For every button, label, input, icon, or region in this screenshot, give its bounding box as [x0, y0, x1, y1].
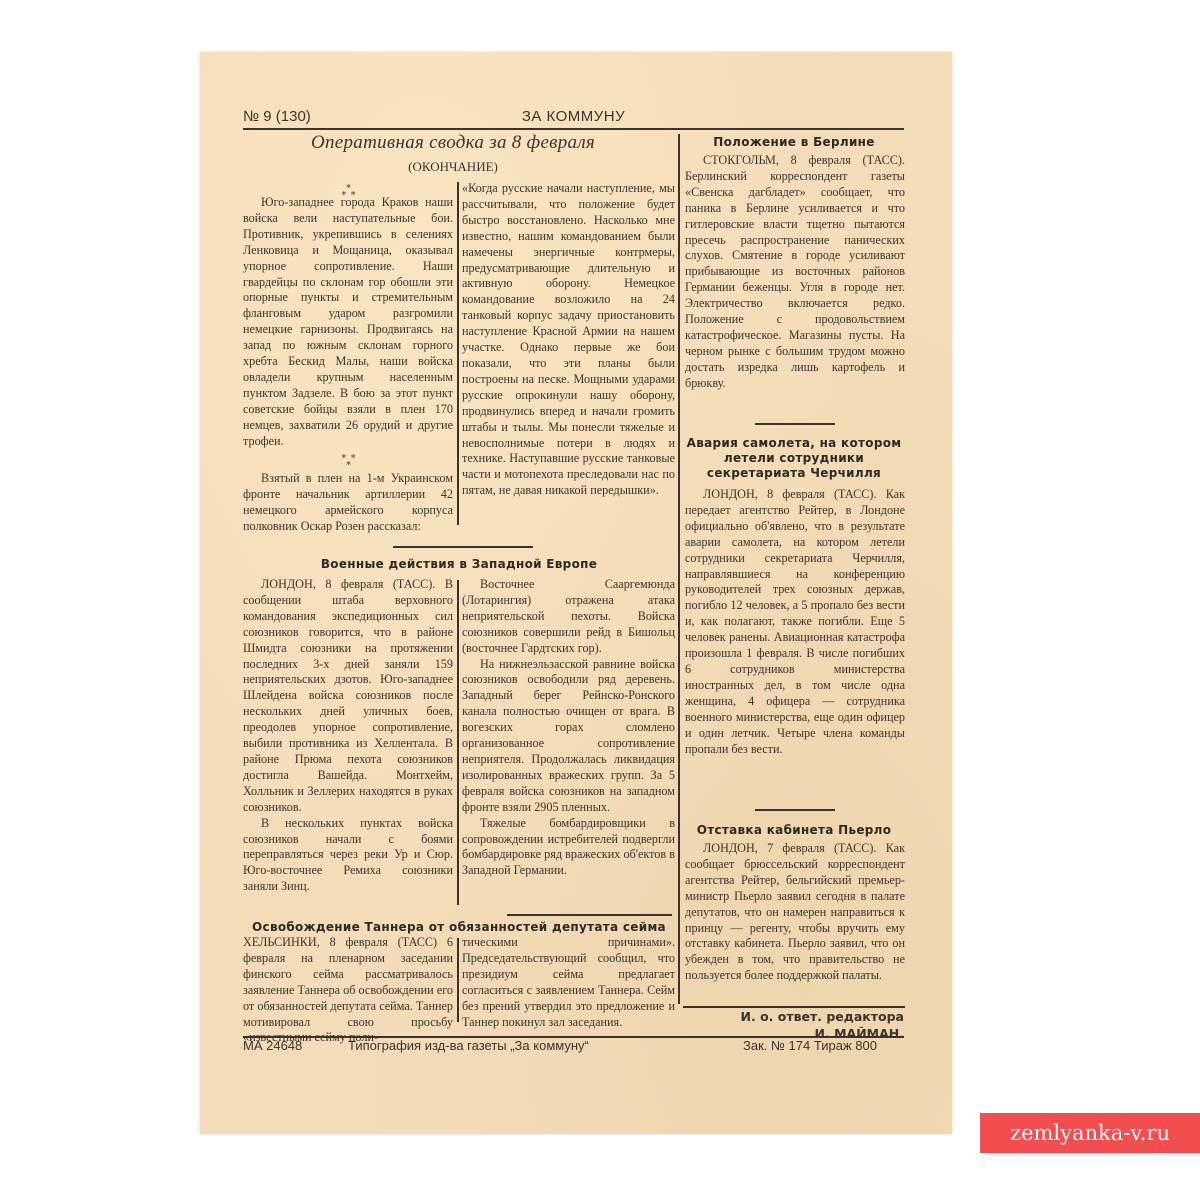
paragraph: ЛОНДОН, 8 февраля (ТАСС). В сообщении шт…: [243, 577, 453, 816]
western-col-1: ЛОНДОН, 8 февраля (ТАСС). В сообщении шт…: [243, 577, 453, 895]
column-rule: [457, 938, 459, 1022]
paragraph: В нескольких пунктах войска союзников на…: [243, 816, 453, 896]
western-col-2: Восточнее Сааргемюнда (Лотарингия) отраж…: [462, 577, 675, 879]
printer-line: Типография изд-ва газеты „За коммуну“: [348, 1038, 589, 1053]
section-divider: [755, 809, 835, 811]
masthead: № 9 (130) ЗА КОММУНУ: [243, 106, 904, 130]
operational-col-2: «Когда русские начали наступление, мы ра…: [462, 181, 675, 499]
berlin-title: Положение в Берлине: [683, 135, 905, 150]
operational-col-1b: Взятый в плен на 1-м Украинском фронте н…: [243, 471, 453, 535]
tanner-title: Освобождение Таннера от обязанностей деп…: [243, 920, 675, 935]
operational-col-1: Юго-западнее города Краков наши войска в…: [243, 195, 453, 450]
asterism-separator: * **: [334, 456, 364, 470]
paragraph: ЛОНДОН, 7 февраля (ТАСС). Как сообщает б…: [685, 841, 905, 984]
print-run: Зак. № 174 Тираж 800: [743, 1038, 877, 1053]
paragraph: ЛОНДОН, 8 февраля (ТАСС). Как передает а…: [685, 487, 905, 757]
newspaper-title: ЗА КОММУНУ: [243, 108, 904, 125]
imprint-code: МА 24648: [243, 1038, 302, 1053]
section-divider: [393, 546, 533, 548]
paragraph: СТОКГОЛЬМ, 8 февраля (ТАСС). Берлинский …: [685, 153, 905, 392]
column-rule: [678, 134, 680, 1004]
paragraph: Взятый в плен на 1-м Украинском фронте н…: [243, 471, 453, 535]
pierlot-body: ЛОНДОН, 7 февраля (ТАСС). Как сообщает б…: [685, 841, 905, 984]
newspaper-page: № 9 (130) ЗА КОММУНУ Оперативная сводка …: [200, 52, 952, 1134]
paragraph: Восточнее Сааргемюнда (Лотарингия) отраж…: [462, 577, 675, 657]
operational-summary-subtitle: (ОКОНЧАНИЕ): [243, 159, 663, 175]
berlin-body: СТОКГОЛЬМ, 8 февраля (ТАСС). Берлинский …: [685, 153, 905, 392]
column-rule: [457, 182, 459, 525]
paragraph: «Когда русские начали наступление, мы ра…: [462, 181, 675, 499]
plane-crash-body: ЛОНДОН, 8 февраля (ТАСС). Как передает а…: [685, 487, 905, 757]
editor-role: И. о. ответ. редактора: [741, 1008, 904, 1025]
paragraph: тическими причинами». Председательствующ…: [462, 935, 675, 1030]
paragraph: Юго-западнее города Краков наши войска в…: [243, 195, 453, 450]
plane-crash-title: Авария самолета, на котором летели сотру…: [683, 436, 905, 481]
section-divider: [507, 914, 672, 916]
paragraph: ХЕЛЬСИНКИ, 8 февраля (ТАСС) 6 февраля на…: [243, 935, 453, 1046]
western-europe-title: Военные действия в Западной Европе: [243, 557, 675, 572]
column-rule: [457, 580, 459, 905]
paragraph: Тяжелые бомбардировщики в сопровождении …: [462, 816, 675, 880]
tanner-col-1: ХЕЛЬСИНКИ, 8 февраля (ТАСС) 6 февраля на…: [243, 935, 453, 1046]
site-watermark: zemlyanka-v.ru: [980, 1113, 1200, 1153]
operational-summary-title: Оперативная сводка за 8 февраля: [243, 132, 663, 154]
tanner-col-2: тическими причинами». Председательствующ…: [462, 935, 675, 1030]
paragraph: На нижнеэльзасской равнине войска союзни…: [462, 657, 675, 816]
pierlot-title: Отставка кабинета Пьерло: [683, 823, 905, 838]
section-divider: [755, 423, 835, 425]
